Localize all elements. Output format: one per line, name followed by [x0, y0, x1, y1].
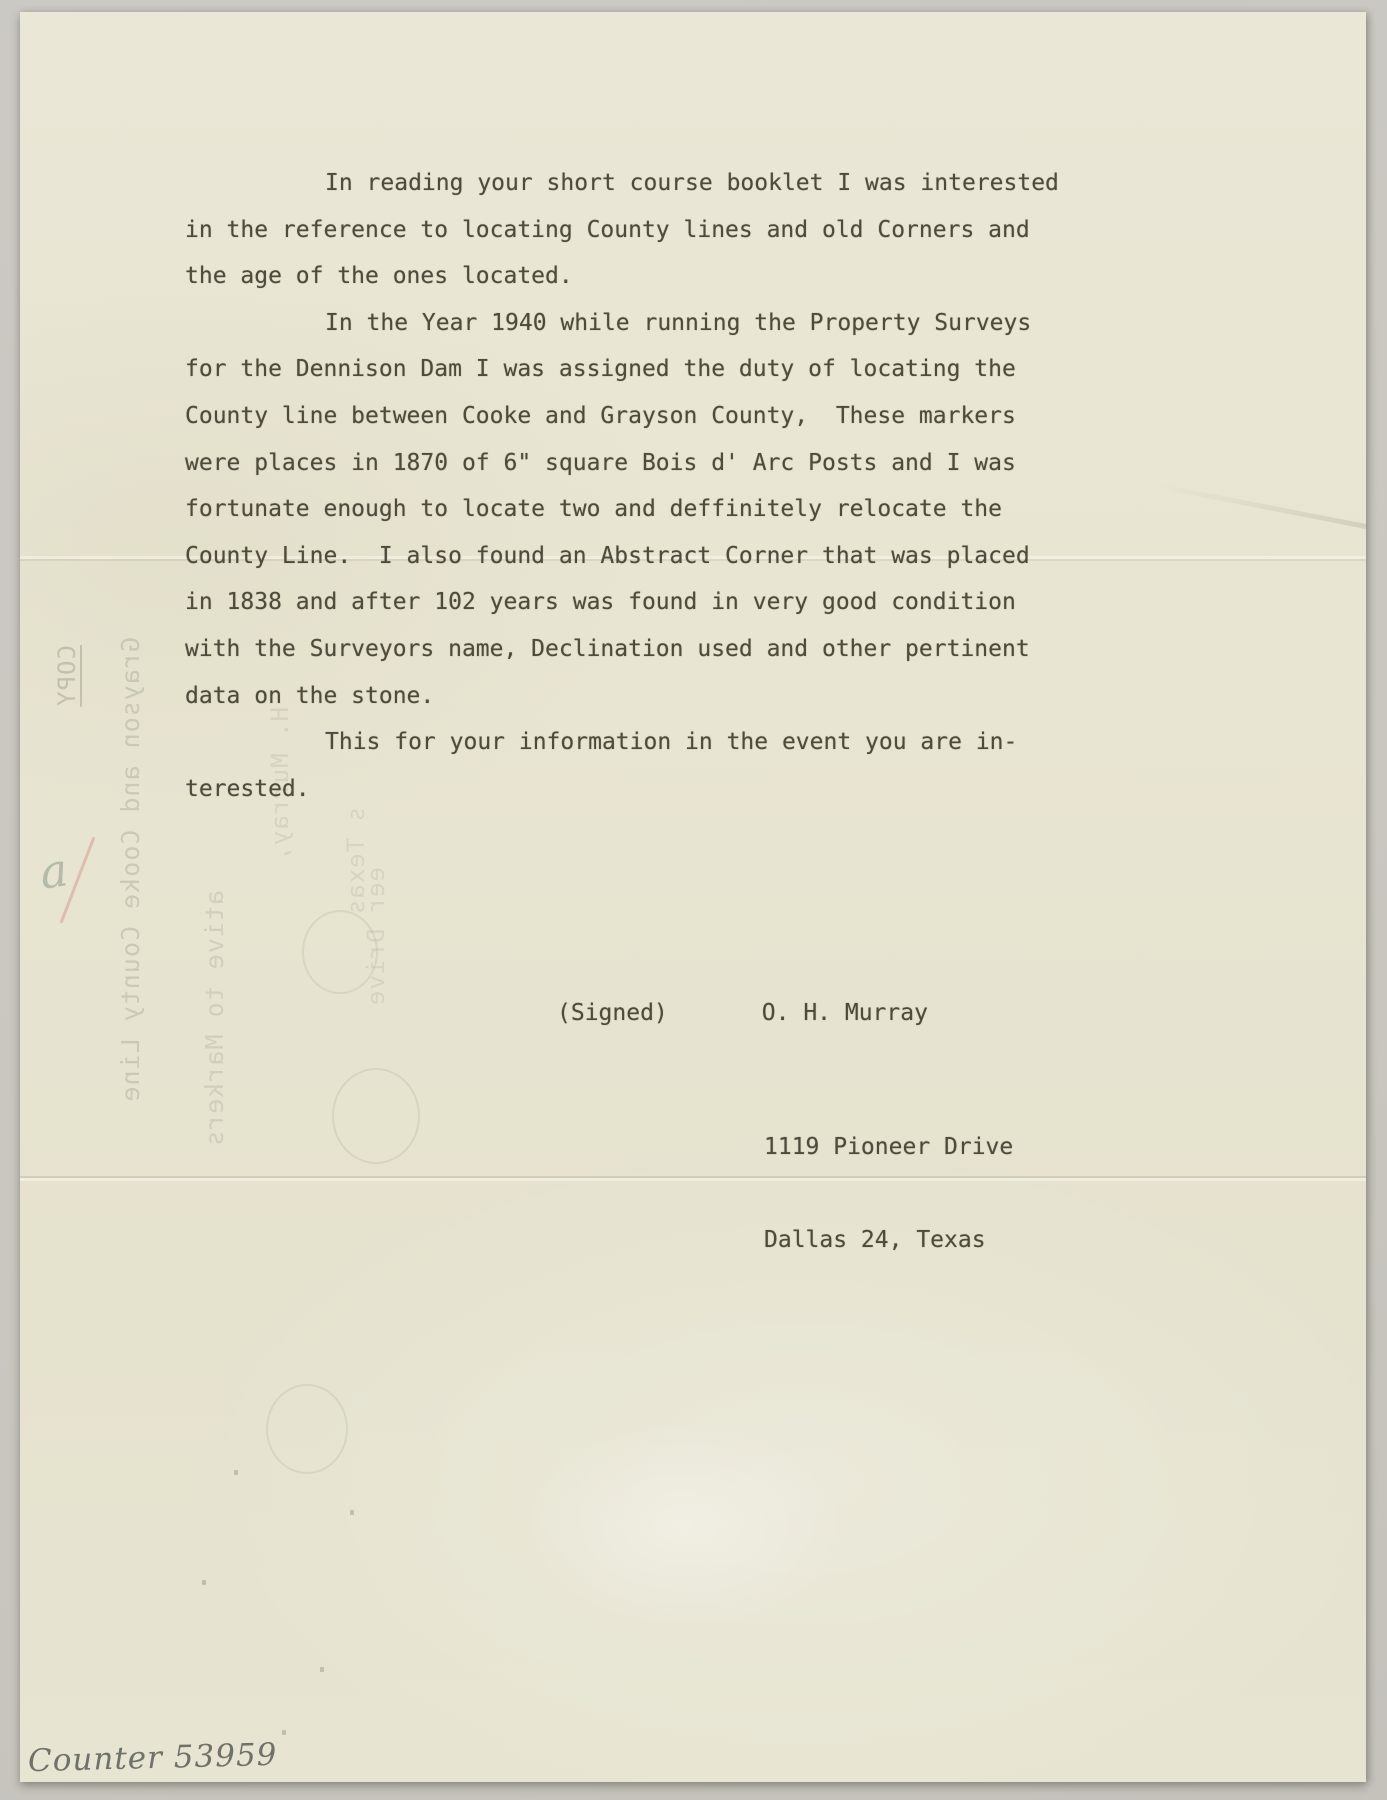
- stain-ring: [302, 910, 378, 994]
- speck: [234, 1470, 238, 1475]
- signature-name: O. H. Murray: [762, 1000, 928, 1026]
- address-line-2: Dallas 24, Texas: [764, 1225, 1013, 1256]
- speck: [350, 1510, 354, 1515]
- typed-line: This for your information in the event y…: [185, 719, 1059, 766]
- speck: [202, 1580, 206, 1585]
- typed-line: in 1838 and after 102 years was found in…: [185, 579, 1059, 626]
- stain-ring: [266, 1384, 348, 1474]
- fold-crease-diagonal-right: [1154, 483, 1366, 529]
- paper-light-patch: [520, 1420, 850, 1630]
- speck: [320, 1667, 324, 1672]
- scanned-letter-page: { "document": { "kind": "typewritten-let…: [0, 0, 1387, 1800]
- typed-line: In the Year 1940 while running the Prope…: [185, 300, 1059, 347]
- handwritten-note: Counter 53959: [28, 1737, 278, 1780]
- typed-line: fortunate enough to locate two and deffi…: [185, 486, 1059, 533]
- address-line-1: 1119 Pioneer Drive: [764, 1132, 1013, 1163]
- letter-body: In reading your short course booklet I w…: [185, 160, 1059, 812]
- typed-line: were places in 1870 of 6" square Bois d'…: [185, 440, 1059, 487]
- stain-ring: [332, 1068, 420, 1164]
- signature-row: (Signed)O. H. Murray: [557, 1000, 928, 1026]
- typed-line: for the Dennison Dam I was assigned the …: [185, 346, 1059, 393]
- typed-line: with the Surveyors name, Declination use…: [185, 626, 1059, 673]
- ghost-text-grayson-cooke-county-line: Grayson and Cooke County Line: [116, 637, 145, 1103]
- typed-line: terested.: [185, 766, 1059, 813]
- typed-line: In reading your short course booklet I w…: [185, 160, 1059, 207]
- typed-line: data on the stone.: [185, 673, 1059, 720]
- fold-crease-lower: [20, 1176, 1366, 1183]
- speck: [282, 1730, 286, 1735]
- copy-stamp-bleedthrough: COPY: [53, 645, 81, 707]
- typed-line: County line between Cooke and Grayson Co…: [185, 393, 1059, 440]
- signed-label: (Signed): [557, 1000, 668, 1026]
- typed-line: in the reference to locating County line…: [185, 207, 1059, 254]
- ghost-text-relative-to-markers: ative to Markers: [200, 890, 229, 1147]
- typed-line: the age of the ones located.: [185, 253, 1059, 300]
- signature-gap: [668, 1000, 762, 1026]
- signature-address: 1119 Pioneer Drive Dallas 24, Texas: [764, 1070, 1013, 1318]
- paper-sheet: COPY Grayson and Cooke County Line ative…: [20, 12, 1366, 1782]
- typed-line: County Line. I also found an Abstract Co…: [185, 533, 1059, 580]
- pencil-check-mark: a: [36, 842, 71, 899]
